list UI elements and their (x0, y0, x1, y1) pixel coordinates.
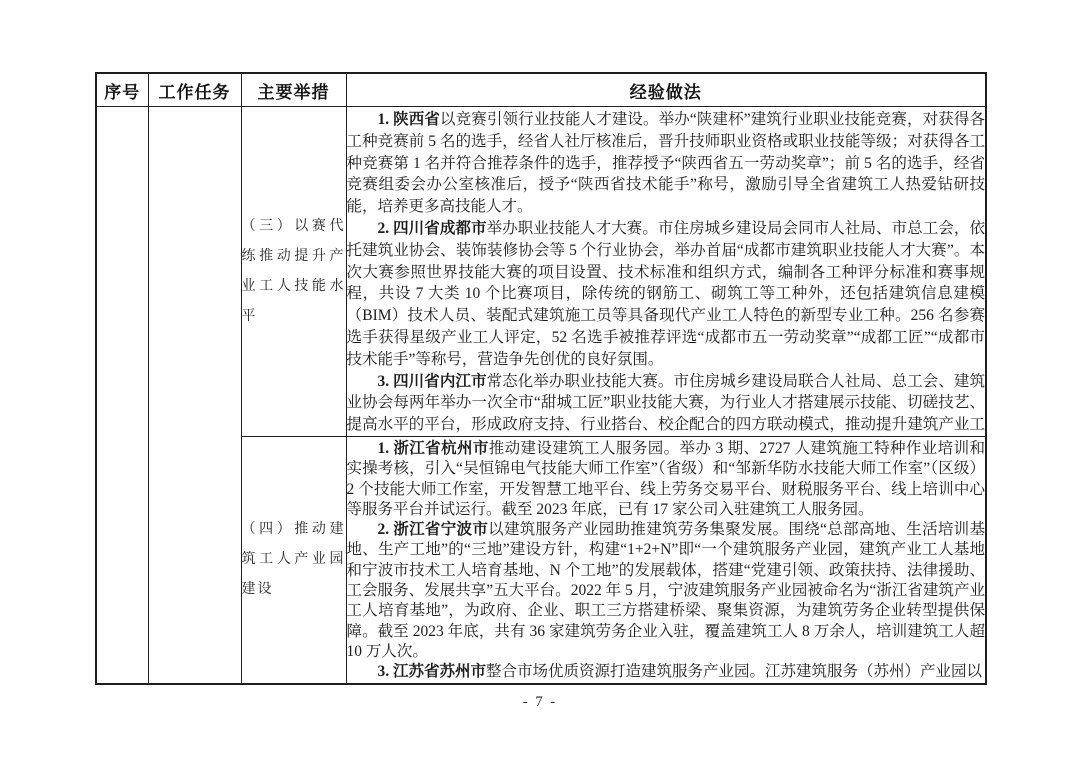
document-page: 序号 工作任务 主要举措 经验做法 （三）以赛代练推动提升产业工人技能水平 1.… (0, 0, 1080, 764)
header-work-task: 工作任务 (148, 73, 241, 107)
page-number: - 7 - (0, 694, 1080, 711)
paragraph-lead: 1. 浙江省杭州市 (378, 440, 489, 457)
experience-paragraph-suzhou: 3. 江苏省苏州市整合市场优质资源打造建筑服务产业园。江苏建筑服务（苏州）产业园… (347, 662, 986, 682)
measure-4-text: （四）推动建筑工人产业园建设 (242, 515, 346, 605)
cell-work-task (148, 107, 241, 685)
cell-experience-row-3: 1. 陕西省以竞赛引领行业技能人才建设。举办“陕建杯”建筑行业职业技能竞赛，对获… (346, 107, 986, 437)
experience-paragraph-chengdu: 2. 四川省成都市举办职业技能人才大赛。市住房城乡建设局会同市人社局、市总工会，… (347, 218, 986, 371)
table-row-measure-3: （三）以赛代练推动提升产业工人技能水平 1. 陕西省以竞赛引领行业技能人才建设。… (96, 107, 986, 437)
experience-row-4-content: 1. 浙江省杭州市推动建设建筑工人服务园。举办 3 期、2727 人建筑施工特种… (347, 437, 986, 683)
paragraph-text: 整合市场优质资源打造建筑服务产业园。江苏建筑服务（苏州）产业园以 (486, 663, 982, 680)
paragraph-lead: 3. 江苏省苏州市 (378, 663, 487, 680)
cell-serial-number (96, 107, 148, 685)
paragraph-lead: 1. 陕西省 (378, 111, 440, 128)
experience-paragraph-ningbo: 2. 浙江省宁波市以建筑服务产业园助推建筑劳务集聚发展。围绕“总部高地、生活培训… (347, 520, 986, 662)
paragraph-text: 举办职业技能人才大赛。市住房城乡建设局会同市人社局、市总工会，依托建筑业协会、装… (347, 220, 986, 368)
experience-table: 序号 工作任务 主要举措 经验做法 （三）以赛代练推动提升产业工人技能水平 1.… (95, 72, 987, 685)
header-serial-number: 序号 (96, 73, 148, 107)
experience-paragraph-shaanxi: 1. 陕西省以竞赛引领行业技能人才建设。举办“陕建杯”建筑行业职业技能竞赛，对获… (347, 109, 986, 218)
header-main-measures: 主要举措 (241, 73, 346, 107)
cell-main-measure-4: （四）推动建筑工人产业园建设 (241, 437, 346, 685)
cell-experience-row-4: 1. 浙江省杭州市推动建设建筑工人服务园。举办 3 期、2727 人建筑施工特种… (346, 437, 986, 685)
paragraph-text: 以建筑服务产业园助推建筑劳务集聚发展。围绕“总部高地、生活培训基地、生产工地”的… (347, 521, 986, 660)
cell-main-measure-3: （三）以赛代练推动提升产业工人技能水平 (241, 107, 346, 437)
paragraph-lead: 3. 四川省内江市 (378, 373, 487, 390)
paragraph-lead: 2. 浙江省宁波市 (378, 521, 489, 538)
measure-3-text: （三）以赛代练推动提升产业工人技能水平 (242, 212, 346, 332)
paragraph-text: 以竞赛引领行业技能人才建设。举办“陕建杯”建筑行业职业技能竞赛，对获得各工种竞赛… (347, 111, 986, 215)
experience-paragraph-neijiang: 3. 四川省内江市常态化举办职业技能大赛。市住房城乡建设局联合人社局、总工会、建… (347, 371, 986, 436)
header-experience-practices: 经验做法 (346, 73, 986, 107)
paragraph-lead: 2. 四川省成都市 (378, 220, 487, 237)
table-header-row: 序号 工作任务 主要举措 经验做法 (96, 73, 986, 107)
experience-paragraph-hangzhou: 1. 浙江省杭州市推动建设建筑工人服务园。举办 3 期、2727 人建筑施工特种… (347, 439, 986, 520)
experience-row-3-content: 1. 陕西省以竞赛引领行业技能人才建设。举办“陕建杯”建筑行业职业技能竞赛，对获… (347, 107, 986, 436)
